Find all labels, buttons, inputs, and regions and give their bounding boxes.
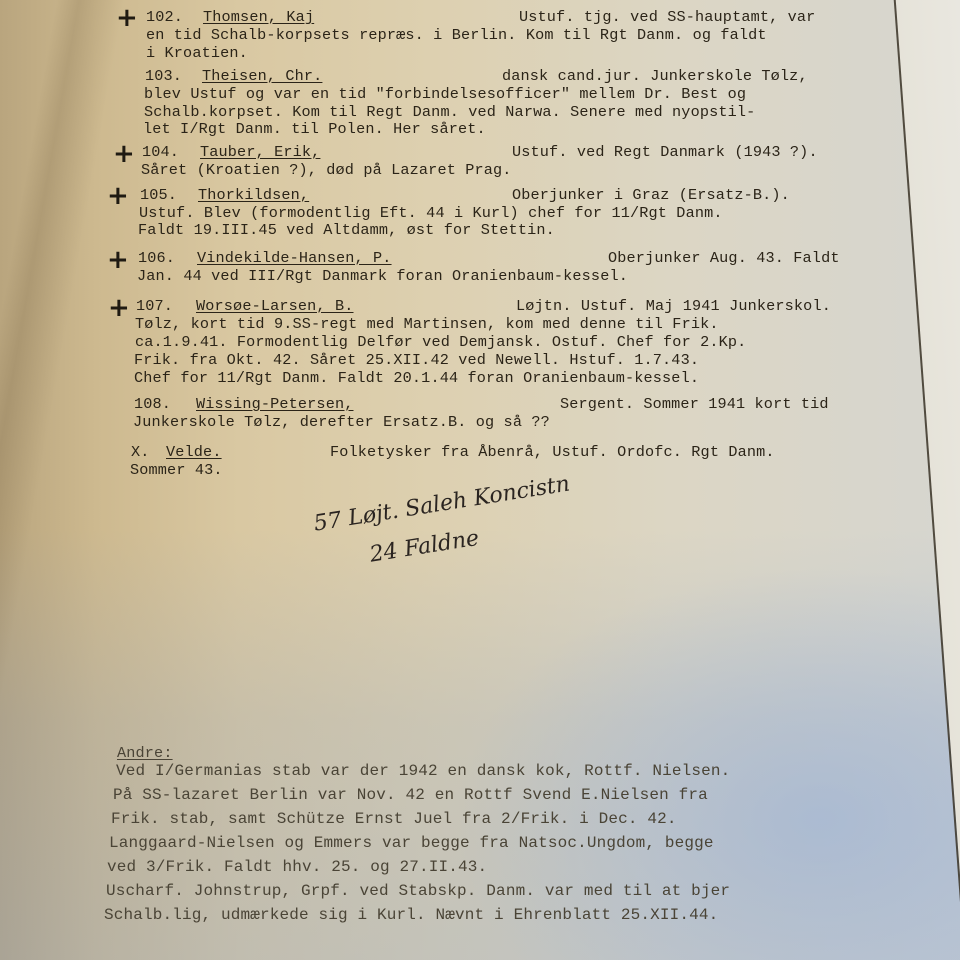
entry-line: Jan. 44 ved III/Rgt Danmark foran Oranie… — [137, 267, 628, 286]
entry-note: Løjtn. Ustuf. Maj 1941 Junkerskol. — [516, 297, 831, 316]
andre-line: På SS-lazaret Berlin var Nov. 42 en Rott… — [113, 786, 708, 805]
entry-line: Tølz, kort tid 9.SS-regt med Martinsen, … — [135, 315, 719, 334]
entry-number: 102. — [146, 8, 183, 27]
entry-line: Sommer 43. — [130, 461, 223, 480]
entry-note: Folketysker fra Åbenrå, Ustuf. Ordofc. R… — [330, 443, 775, 462]
andre-line: Uscharf. Johnstrup, Grpf. ved Stabskp. D… — [106, 882, 730, 901]
andre-line: Frik. stab, samt Schütze Ernst Juel fra … — [111, 810, 677, 829]
entry-number: 104. — [142, 143, 179, 162]
deceased-cross-icon: + — [113, 144, 135, 164]
entry-note: Oberjunker i Graz (Ersatz-B.). — [512, 186, 790, 205]
entry-name: Tauber, Erik, — [200, 143, 320, 162]
entry-line: en tid Schalb-korpsets repræs. i Berlin.… — [146, 26, 767, 45]
deceased-cross-icon: + — [107, 250, 129, 270]
entry-line: Junkerskole Tølz, derefter Ersatz.B. og … — [133, 413, 550, 432]
entry-name: Thorkildsen, — [198, 186, 309, 205]
entry-line: Frik. fra Okt. 42. Såret 25.XII.42 ved N… — [134, 351, 699, 370]
entry-number: 108. — [134, 395, 171, 414]
entry-name: Theisen, Chr. — [202, 67, 322, 86]
entry-name: Velde. — [166, 443, 222, 462]
entry-number: 107. — [136, 297, 173, 316]
entry-note: dansk cand.jur. Junkerskole Tølz, — [502, 67, 808, 86]
entry-note: Oberjunker Aug. 43. Faldt — [608, 249, 840, 268]
deceased-cross-icon: + — [108, 298, 130, 318]
entry-number: 103. — [145, 67, 182, 86]
entry-line: blev Ustuf og var en tid "forbindelsesof… — [144, 85, 746, 104]
andre-line: ved 3/Frik. Faldt hhv. 25. og 27.II.43. — [107, 858, 487, 877]
deceased-cross-icon: + — [107, 186, 129, 206]
entry-line: i Kroatien. — [146, 44, 248, 63]
entry-line: let I/Rgt Danm. til Polen. Her såret. — [143, 120, 486, 139]
entry-name: Wissing-Petersen, — [196, 395, 354, 414]
entry-number: 106. — [138, 249, 175, 268]
entry-note: Ustuf. tjg. ved SS-hauptamt, var — [519, 8, 815, 27]
entry-name: Vindekilde-Hansen, P. — [197, 249, 392, 268]
andre-line: Schalb.lig, udmærkede sig i Kurl. Nævnt … — [104, 906, 718, 925]
deceased-cross-icon: + — [116, 8, 138, 28]
entry-number: X. — [131, 443, 150, 462]
andre-line: Langgaard-Nielsen og Emmers var begge fr… — [109, 834, 714, 853]
andre-line: Ved I/Germanias stab var der 1942 en dan… — [116, 762, 730, 781]
entry-line: Såret (Kroatien ?), død på Lazaret Prag. — [141, 161, 512, 180]
entry-line: ca.1.9.41. Formodentlig Delfør ved Demja… — [135, 333, 746, 352]
section-heading-andre: Andre: — [117, 744, 173, 763]
entry-name: Worsøe-Larsen, B. — [196, 297, 354, 316]
entry-note: Ustuf. ved Regt Danmark (1943 ?). — [512, 143, 818, 162]
entry-line: Faldt 19.III.45 ved Altdamm, øst for Ste… — [138, 221, 555, 240]
entry-line: Chef for 11/Rgt Danm. Faldt 20.1.44 fora… — [134, 369, 699, 388]
entry-note: Sergent. Sommer 1941 kort tid — [560, 395, 829, 414]
entry-number: 105. — [140, 186, 177, 205]
entry-name: Thomsen, Kaj — [203, 8, 314, 27]
